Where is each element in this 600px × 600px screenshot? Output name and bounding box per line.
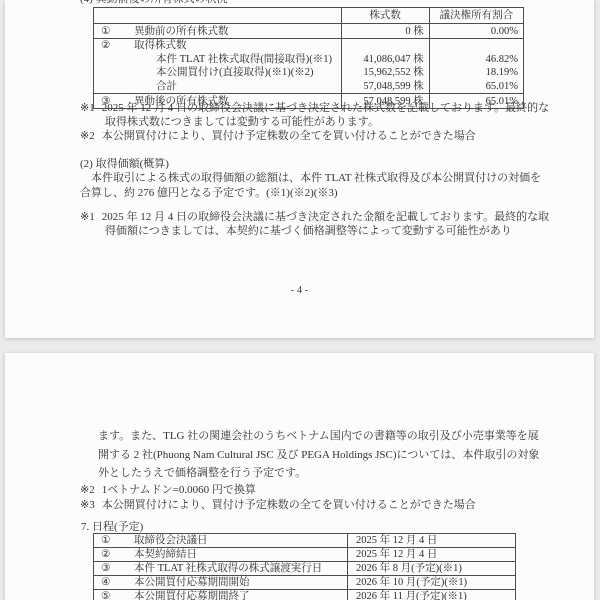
schedule-heading: 7. 日程(予定) [81,520,143,534]
date-value: 2026 年 10 月(予定)(※1) [348,576,516,590]
row-label: 本公開買付応募期間開始 [134,577,250,588]
footnote-text: 本公開買付けにより、買付け予定株数の全てを買い付けることができた場合 [102,130,476,142]
clipped-section-heading: (4) 異動前後の所有株式の状況 [80,0,380,4]
table-row: ③本件 TLAT 社株式取得の株式譲渡実行日 2026 年 8 月(予定)(※1… [94,562,516,576]
table-row: ①取締役会決議日 2025 年 12 月 4 日 [94,534,516,548]
row-number: ③ [94,562,134,575]
row-number: ② [94,548,134,561]
shares-value: 15,962,552 株 [342,66,429,80]
footnote: ※3本公開買付けにより、買付け予定株数の全てを買い付けることができた場合 [80,498,550,513]
section-heading: (2) 取得価額(概算) [80,157,169,171]
date-value: 2025 年 12 月 4 日 [348,548,516,562]
date-value: 2026 年 8 月(予定)(※1) [348,562,516,576]
footnotes: ※21ベトナムドン=0.0060 円で換算 ※3本公開買付けにより、買付け予定株… [80,483,550,512]
footnote-marker: ※3 [80,499,95,511]
table-row: ⑤本公開買付応募期間終了 2026 年 11 月(予定)(※1) [94,590,516,600]
table-row: ④本公開買付応募期間開始 2026 年 10 月(予定)(※1) [94,576,516,590]
footnote-marker: ※2 [80,484,95,496]
footnote-text: 本公開買付けにより、買付け予定株数の全てを買い付けることができた場合 [102,499,476,511]
table-row: ②本契約締結日 2025 年 12 月 4 日 [94,548,516,562]
voting-value: 0.00% [429,24,523,39]
page-number: - 4 - [5,285,594,296]
row-label: 異動前の所有株式数 [134,26,229,37]
row-label: 本件 TLAT 社株式取得の株式譲渡実行日 [134,563,322,574]
continuation-paragraph: ます。また、TLG 社の関連会社のうちベトナム国内での書籍等の取引及び小売事業等… [80,427,542,483]
table-row: ①異動前の所有株式数 0 株 0.00% [94,24,524,39]
document-viewer[interactable]: (4) 異動前後の所有株式の状況 株式数 議決権所有割合 ①異動前の所有株式数 … [0,0,600,600]
date-value: 2025 年 12 月 4 日 [348,534,516,548]
row-number: ① [94,25,134,38]
row-label: 取得株式数 [134,40,187,51]
table-header-row: 株式数 議決権所有割合 [94,8,524,24]
sub-row-label: 本件 TLAT 社株式取得(間接取得)(※1) [94,53,341,67]
footnote: ※21ベトナムドン=0.0060 円で換算 [80,483,550,498]
shares-value: 0 株 [341,24,429,39]
document-page-5: ます。また、TLG 社の関連会社のうちベトナム国内での書籍等の取引及び小売事業等… [5,353,594,600]
row-number: ① [94,534,134,547]
row-label: 取締役会決議日 [134,535,208,546]
footnote-marker: ※2 [80,130,95,142]
voting-value: 46.82% [430,53,523,67]
shares-value: 57,048,599 株 [342,80,429,94]
header-shares: 株式数 [341,8,429,24]
sub-row-label: 合計 [94,80,341,94]
footnote-marker: ※1 [80,102,95,114]
footnote: ※12025 年 12 月 4 日の取締役会決議に基づき決定された株式数を記載し… [80,101,550,129]
footnote-text: 2025 年 12 月 4 日の取締役会決議に基づき決定された金額を記載しており… [102,211,549,237]
row-label: 本契約締結日 [134,549,197,560]
schedule-table: ①取締役会決議日 2025 年 12 月 4 日 ②本契約締結日 2025 年 … [93,533,516,600]
sub-row-label: 本公開買付け(直接取得)(※1)(※2) [94,66,341,80]
table-row-group: ②取得株式数 本件 TLAT 社株式取得(間接取得)(※1) 本公開買付け(直接… [94,39,524,94]
row-label: 本公開買付応募期間終了 [134,591,250,600]
shares-value: 41,086,047 株 [342,53,429,67]
footnote-marker: ※1 [80,211,95,223]
table-footnotes: ※12025 年 12 月 4 日の取締役会決議に基づき決定された株式数を記載し… [80,101,550,144]
row-number: ⑤ [94,590,134,600]
section-paragraph: 本件取引による株式の取得価額の総額は、本件 TLAT 社株式取得及び本公開買付け… [80,171,544,201]
date-value: 2026 年 11 月(予定)(※1) [348,590,516,600]
voting-value: 18.19% [430,66,523,80]
footnote-text: 1ベトナムドン=0.0060 円で換算 [102,484,256,496]
row-number: ② [94,39,134,53]
document-page-4: (4) 異動前後の所有株式の状況 株式数 議決権所有割合 ①異動前の所有株式数 … [5,0,594,338]
voting-value: 65.01% [430,80,523,94]
footnote-text: 2025 年 12 月 4 日の取締役会決議に基づき決定された株式数を記載してお… [102,102,549,128]
row-number: ④ [94,576,134,589]
footnote: ※2本公開買付けにより、買付け予定株数の全てを買い付けることができた場合 [80,129,550,143]
header-voting: 議決権所有割合 [429,8,523,24]
header-empty-cell [94,8,342,24]
shares-table: 株式数 議決権所有割合 ①異動前の所有株式数 0 株 0.00% ②取得株式数 … [93,7,524,109]
footnote: ※12025 年 12 月 4 日の取締役会決議に基づき決定された金額を記載して… [80,210,550,238]
